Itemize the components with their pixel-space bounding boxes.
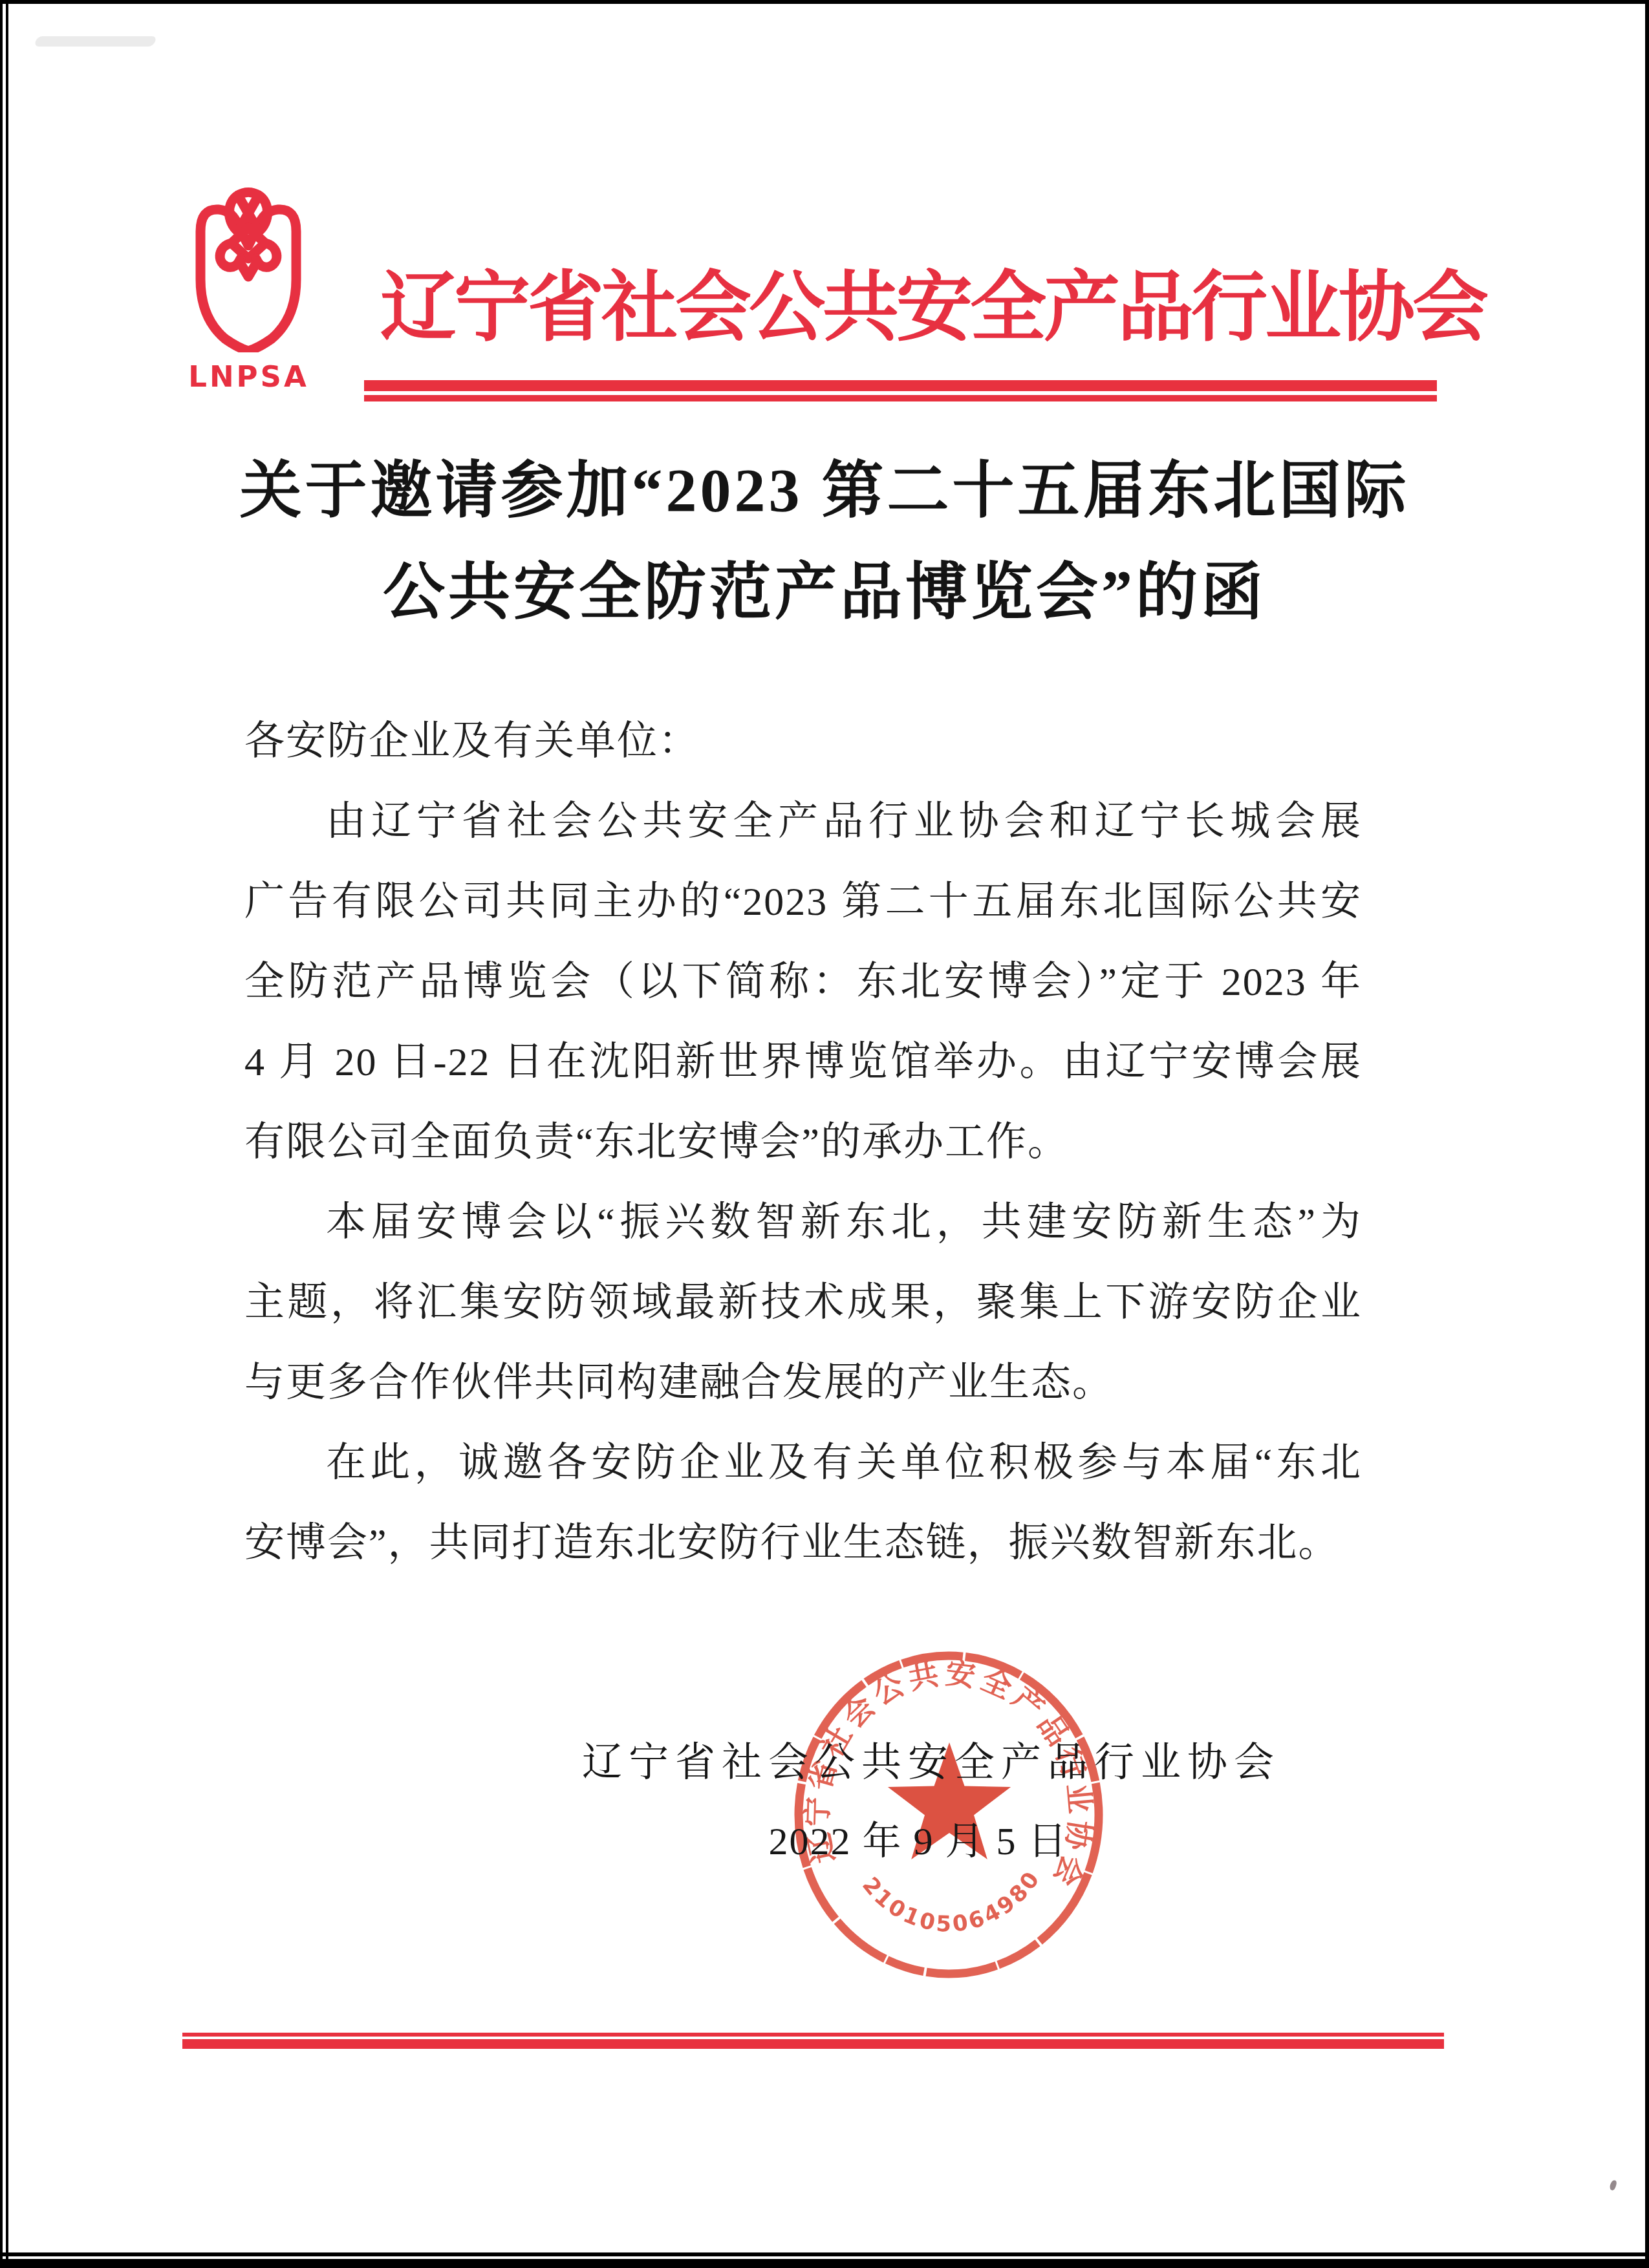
body-line: 4 月 20 日-22 日在沈阳新世界博览馆举办。由辽宁安博会展 — [244, 1022, 1362, 1102]
header-divider — [364, 380, 1437, 401]
scan-edge-left-inner — [6, 0, 8, 2268]
scan-speck — [1609, 2179, 1617, 2191]
body-line: 广告有限公司共同主办的“2023 第二十五届东北国际公共安 — [244, 862, 1362, 942]
header-divider-thin — [364, 395, 1437, 401]
letter-body: 各安防企业及有关单位： 由辽宁省社会公共安全产品行业协会和辽宁长城会展 广告有限… — [244, 701, 1362, 1583]
bottom-divider — [182, 2033, 1444, 2049]
body-line: 安博会”，共同打造东北安防行业生态链，振兴数智新东北。 — [244, 1503, 1362, 1583]
letter-title-line-1: 关于邀请参加“2023 第二十五届东北国际 — [178, 440, 1471, 541]
bottom-divider-thick — [182, 2039, 1444, 2049]
scan-smudge-artifact — [34, 36, 157, 47]
scan-edge-left-outer — [0, 0, 3, 2268]
header-divider-thick — [364, 380, 1437, 391]
scan-edge-right — [1645, 0, 1649, 2268]
logo-acronym: LNPSA — [182, 359, 315, 394]
body-line: 本届安博会以“振兴数智新东北，共建安防新生态”为 — [244, 1182, 1362, 1263]
lnpsa-logo-icon — [190, 181, 307, 352]
letter-title-line-2: 公共安全防范产品博览会”的函 — [178, 541, 1471, 643]
scan-edge-bottom-line — [0, 2252, 1649, 2256]
org-header-title: 辽宁省社会公共安全产品行业协会 — [380, 246, 1486, 356]
signature-date: 2022 年 9 月 5 日 — [711, 1810, 1125, 1866]
body-line: 由辽宁省社会公共安全产品行业协会和辽宁长城会展 — [244, 782, 1362, 862]
scanned-letter-page: LNPSA 辽宁省社会公共安全产品行业协会 关于邀请参加“2023 第二十五届东… — [0, 0, 1649, 2268]
body-line: 在此，诚邀各安防企业及有关单位积极参与本届“东北 — [244, 1423, 1362, 1503]
scan-edge-top — [0, 0, 1649, 4]
body-line: 全防范产品博览会（以下简称：东北安博会）”定于 2023 年 — [244, 942, 1362, 1022]
signature-org: 辽宁省社会公共安全产品行业协会 — [582, 1730, 1280, 1788]
scan-edge-bottom-bar — [0, 2259, 1649, 2268]
body-line: 主题，将汇集安防领域最新技术成果，聚集上下游安防企业 — [244, 1263, 1362, 1343]
body-line: 与更多合作伙伴共同构建融合发展的产业生态。 — [244, 1343, 1362, 1423]
body-line: 有限公司全面负责“东北安博会”的承办工作。 — [244, 1102, 1362, 1182]
body-line-salutation: 各安防企业及有关单位： — [244, 701, 1362, 782]
letter-title: 关于邀请参加“2023 第二十五届东北国际 公共安全防范产品博览会”的函 — [178, 440, 1471, 643]
